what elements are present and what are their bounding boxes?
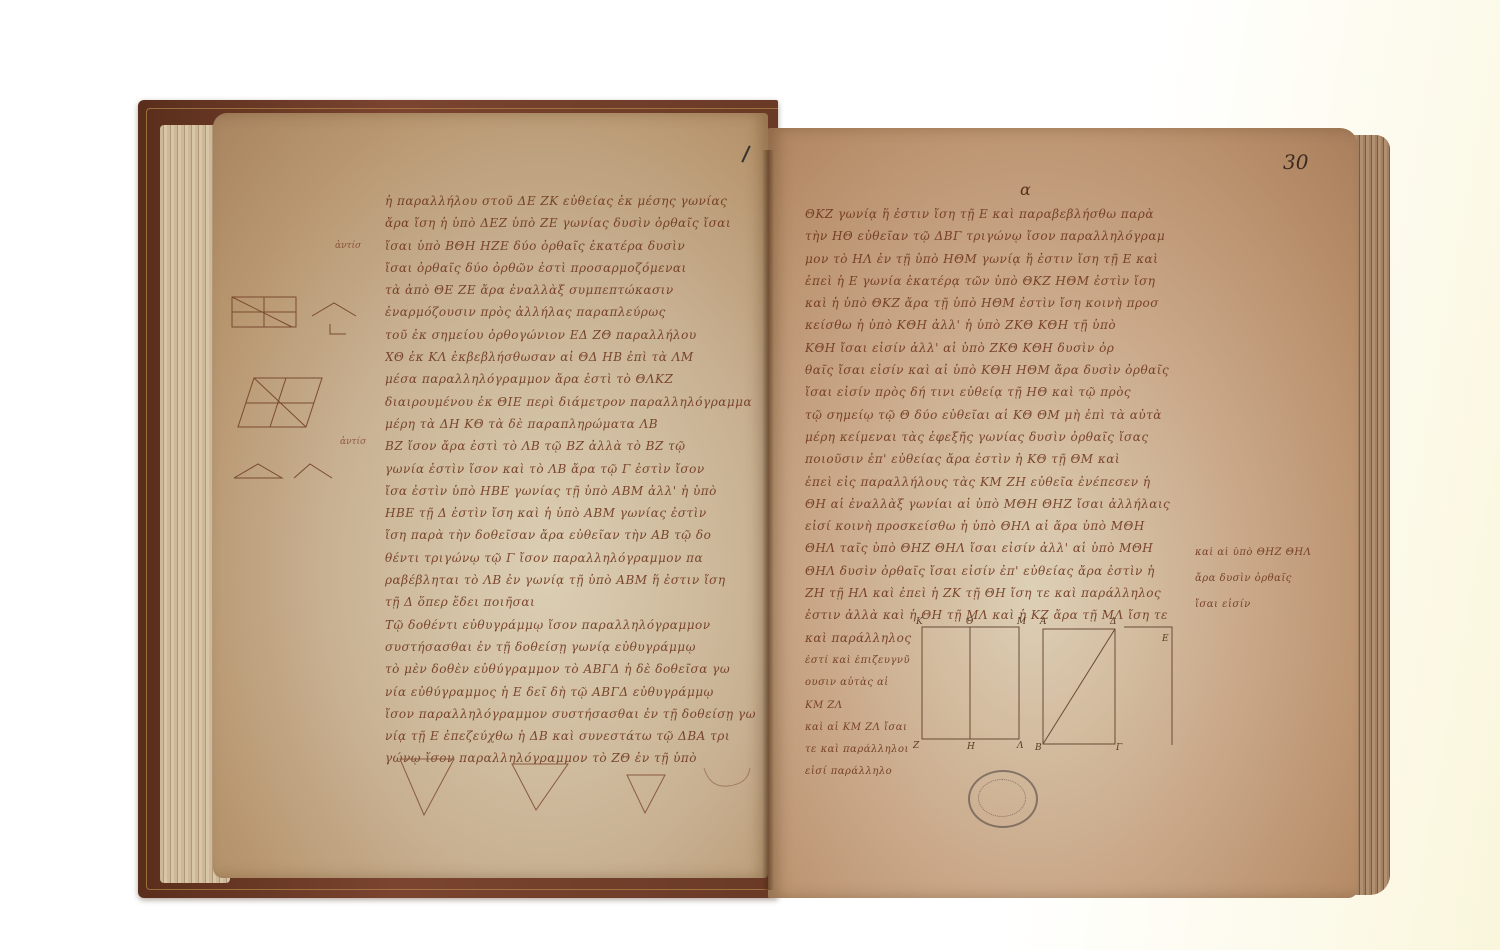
inverted-triangle-diagram [398, 757, 458, 819]
svg-text:Ζ: Ζ [912, 741, 920, 751]
left-margin-note: ἀντίσ [335, 240, 361, 252]
svg-text:Λ: Λ [1016, 741, 1024, 751]
rectangle-diagram [230, 295, 310, 335]
inverted-triangle-diagram [625, 773, 667, 815]
svg-text:Κ: Κ [915, 617, 924, 627]
parallelogram-diagram [236, 375, 326, 435]
library-stamp [968, 770, 1038, 828]
svg-text:Α: Α [1039, 617, 1047, 627]
circular-sketch [700, 748, 756, 790]
svg-text:Β: Β [1034, 743, 1042, 753]
left-margin-note: ἀντίσ [340, 436, 366, 448]
manuscript-photo: ἡ παραλλήλου στοῦ ΔΕ ΖΚ εὐθείας ἐκ μέσης… [0, 0, 1500, 950]
svg-text:Μ: Μ [1016, 617, 1027, 627]
triangle-diagram [310, 300, 360, 340]
small-triangles-diagram [232, 458, 342, 480]
svg-text:Δ: Δ [1109, 617, 1117, 627]
quire-mark: α [1020, 180, 1031, 199]
book-gutter [762, 150, 774, 890]
inverted-triangle-diagram [510, 762, 570, 814]
svg-text:Η: Η [966, 742, 975, 752]
svg-text:Θ: Θ [966, 617, 974, 627]
svg-text:Γ: Γ [1115, 743, 1123, 753]
right-margin-note: καὶ αἱ ὑπὸ ΘΗΖ ΘΗΛ ἄρα δυσὶν ὀρθαῖς ἴσαι… [1195, 540, 1325, 618]
right-page-short-lines: ἐστί καὶ ἐπιζευγνῦ ουσιν αὐτὰς αἱ ΚΜ ΖΛ … [805, 650, 910, 784]
right-page-text: ΘΚΖ γωνίᾳ ἥ ἐστιν ἴση τῇ Ε καὶ παραβεβλή… [805, 203, 1190, 649]
svg-text:Ε: Ε [1161, 634, 1169, 644]
parallelogram-proof-diagram: Κ Θ Μ Ζ Η Λ Α Δ Β Γ Ε [912, 615, 1192, 750]
left-page-text: ἡ παραλλήλου στοῦ ΔΕ ΖΚ εὐθείας ἐκ μέσης… [385, 190, 760, 770]
folio-number: 30 [1283, 150, 1308, 174]
